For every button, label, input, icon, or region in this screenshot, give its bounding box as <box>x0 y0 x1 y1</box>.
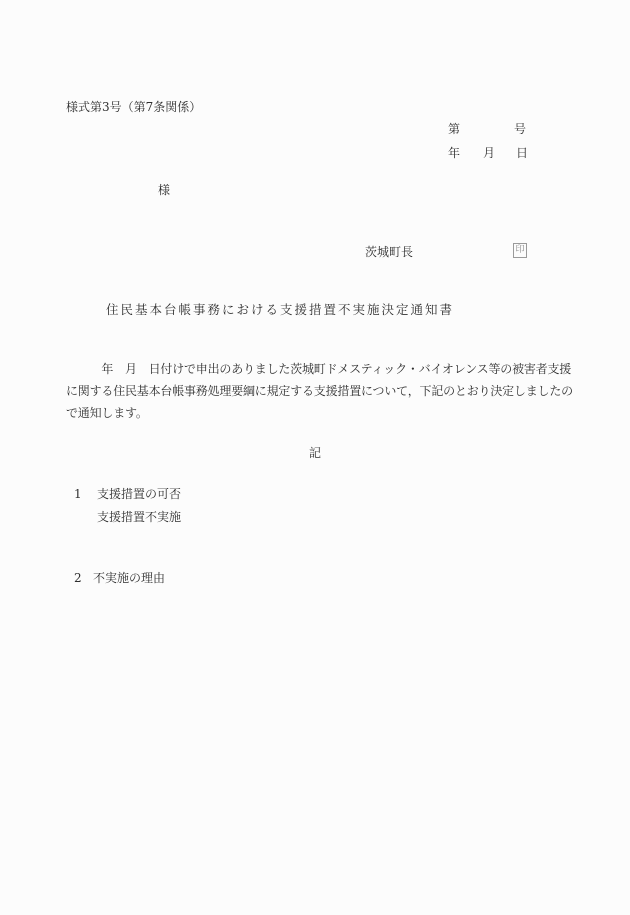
item-1-value: 支援措置不実施 <box>97 509 181 526</box>
sender-title: 茨城町長 <box>365 244 413 261</box>
body-paragraph-line-3: で通知します。 <box>66 405 148 422</box>
item-1-number: 1 <box>74 486 82 503</box>
document-title: 住民基本台帳事務における支援措置不実施決定通知書 <box>106 301 454 319</box>
item-2-number: 2 <box>74 570 82 587</box>
doc-number-prefix: 第 <box>448 121 460 138</box>
item-1-label: 支援措置の可否 <box>97 486 181 503</box>
document-page: 様式第3号（第7条関係） 第 号 年 月 日 様 茨城町長 印 住民基本台帳事務… <box>0 0 630 915</box>
date-month-label: 月 <box>483 145 495 162</box>
date-year-label: 年 <box>448 145 460 162</box>
body-paragraph-line-1: 年 月 日付けで申出のありました茨城町ドメスティック・バイオレンス等の被害者支援 <box>66 361 571 378</box>
item-2-label: 不実施の理由 <box>93 570 165 587</box>
seal-placeholder-icon: 印 <box>513 243 527 258</box>
date-day-label: 日 <box>516 145 528 162</box>
body-paragraph-line-2: に関する住民基本台帳事務処理要綱に規定する支援措置について，下記のとおり決定しま… <box>66 383 573 400</box>
form-number-label: 様式第3号（第7条関係） <box>66 99 201 116</box>
doc-number-suffix: 号 <box>514 121 526 138</box>
record-marker: 記 <box>309 445 321 462</box>
addressee-honorific: 様 <box>158 182 170 199</box>
